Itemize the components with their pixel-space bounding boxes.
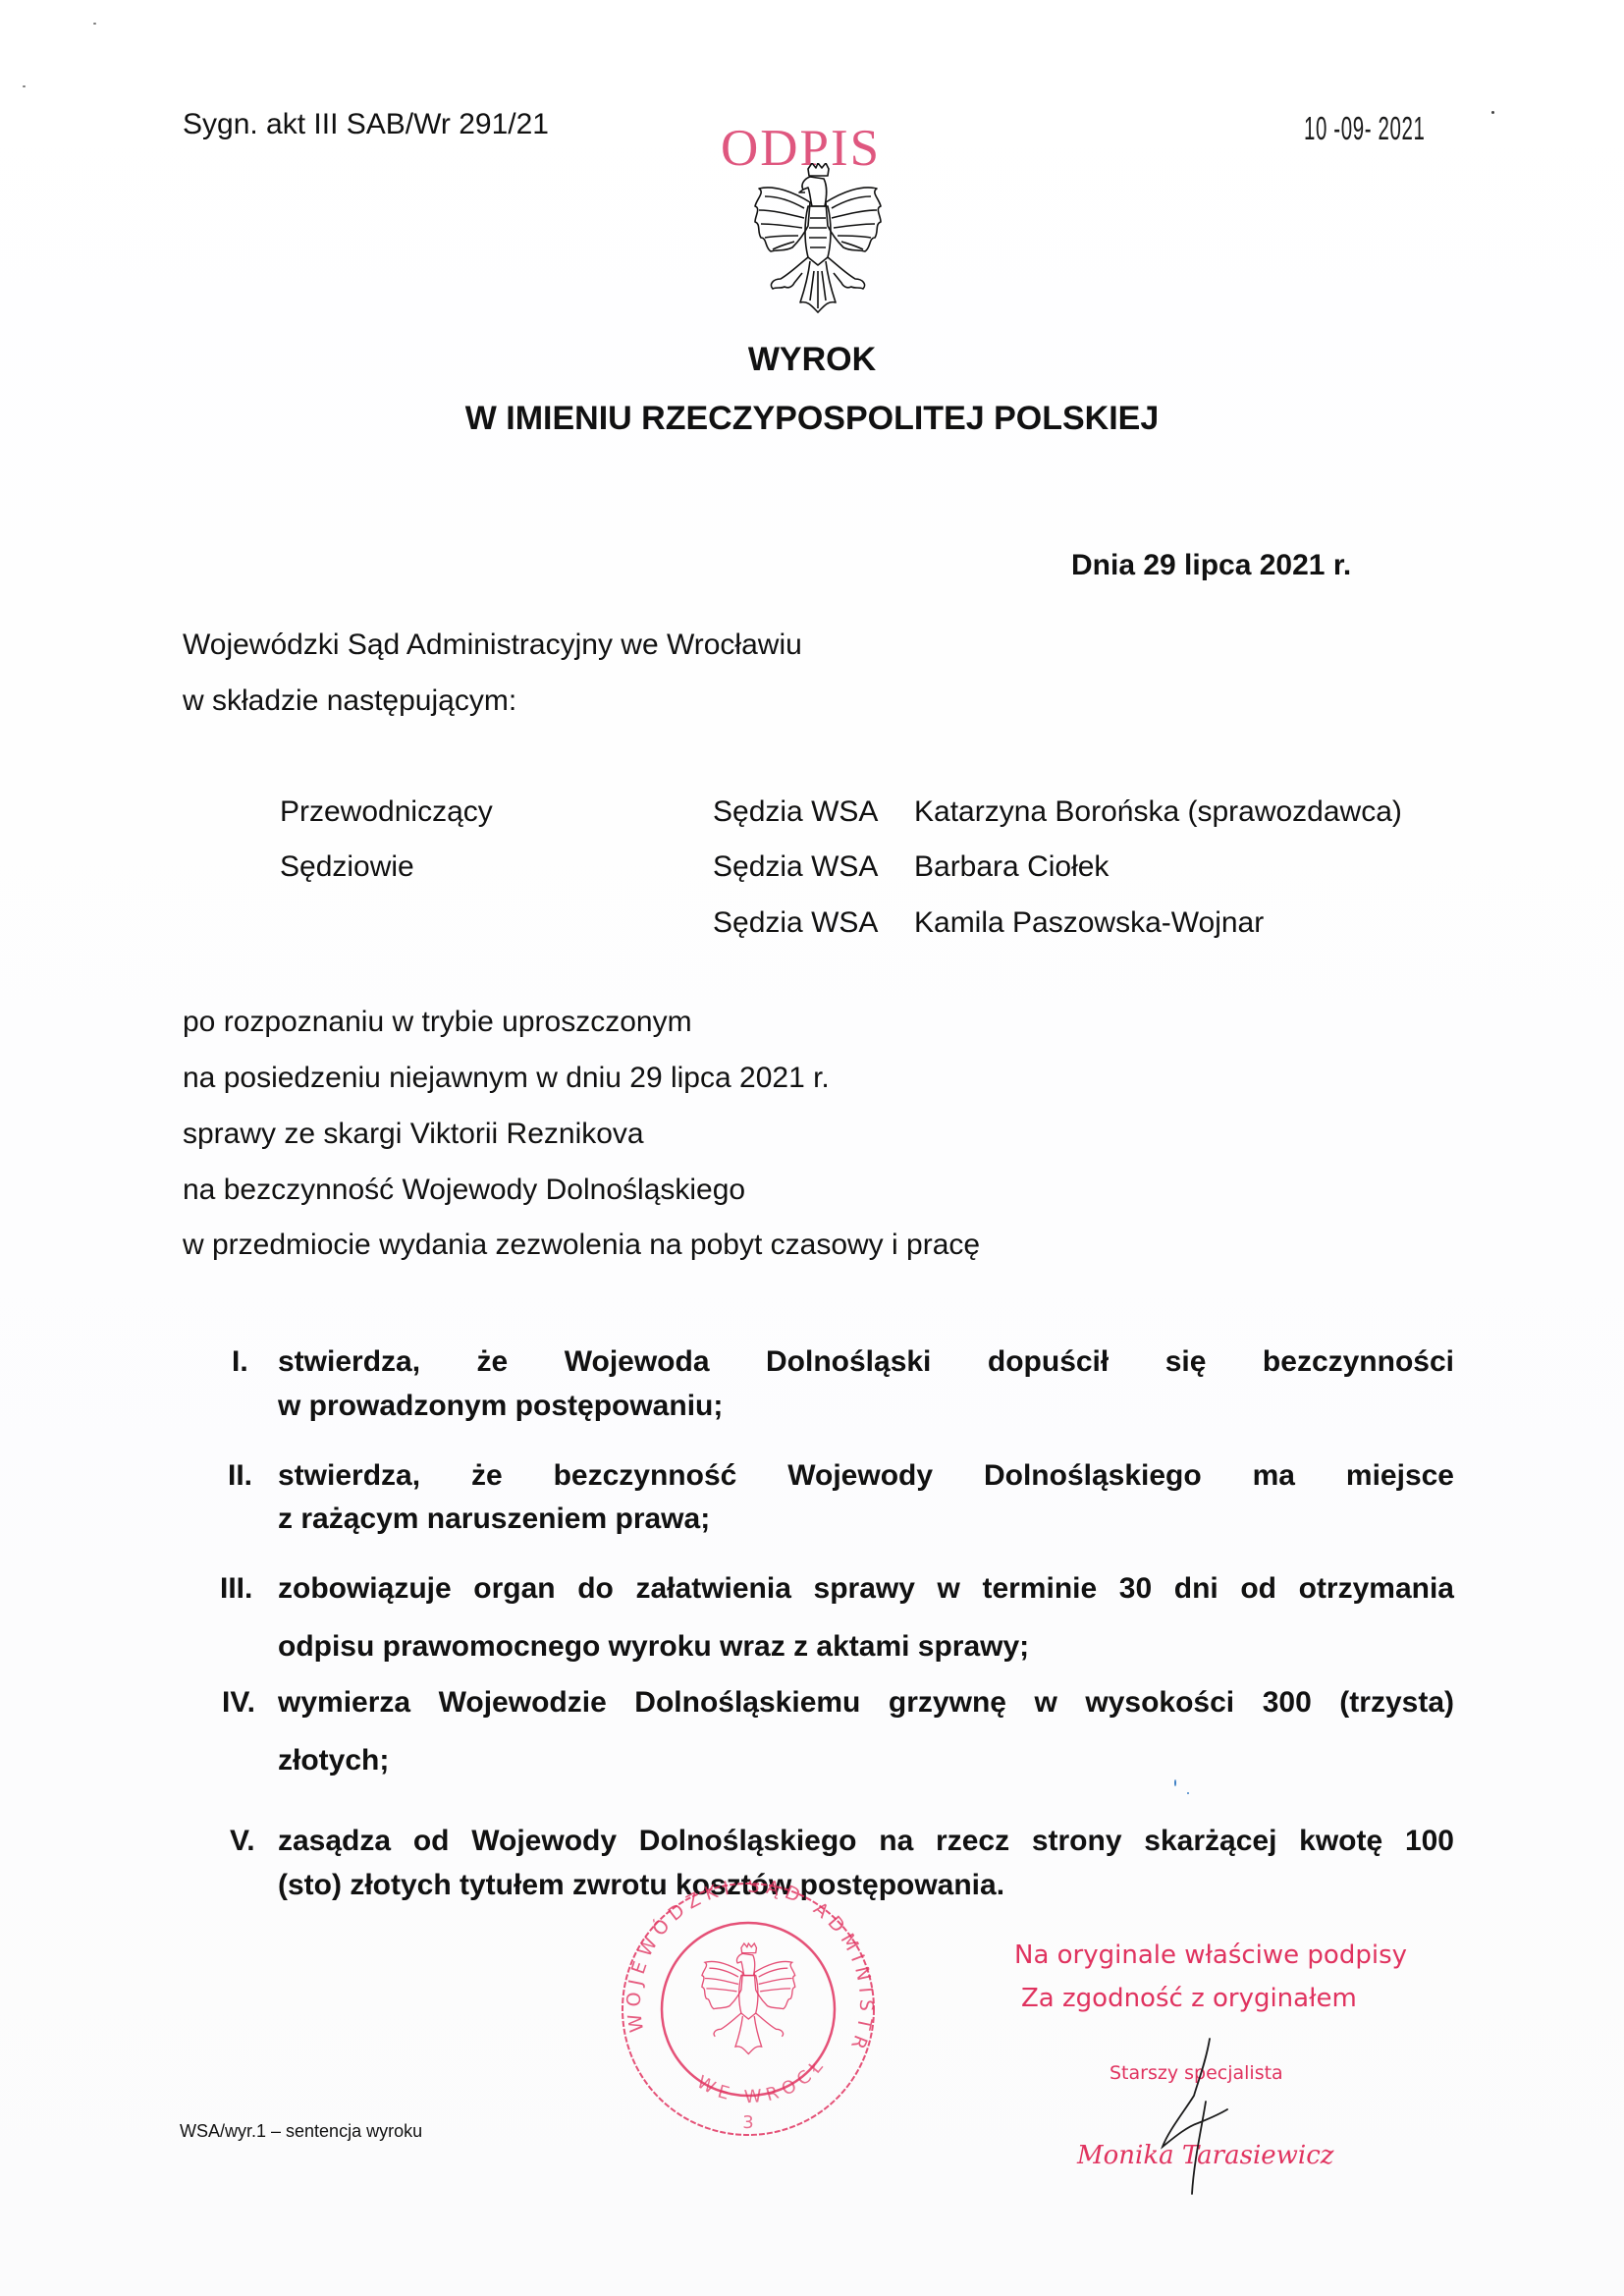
ruling-text: zobowiązuje organ do załatwienia sprawy … [278, 1572, 1454, 1606]
certification-line: Za zgodność z oryginałem [1021, 1984, 1357, 2013]
seal-number: 3 [742, 2112, 753, 2133]
case-reference: Sygn. akt III SAB/Wr 291/21 [183, 108, 549, 141]
ruling-text: wymierza Wojewodzie Dolnośląskiemu grzyw… [278, 1686, 1454, 1720]
scan-speck [93, 23, 96, 25]
judgment-date: Dnia 29 lipca 2021 r. [1071, 549, 1351, 582]
ink-speck [1174, 1779, 1176, 1786]
ruling-number: IV. [222, 1686, 255, 1720]
document-subtitle: W IMIENIU RZECZYPOSPOLITEJ POLSKIEJ [0, 400, 1624, 438]
panel-role: Przewodniczący [280, 795, 493, 829]
document-title: WYROK [0, 341, 1624, 379]
ruling-number: I. [232, 1345, 248, 1379]
proceedings-line: po rozpoznaniu w trybie uproszczonym [183, 1006, 692, 1039]
ruling-number: V. [230, 1825, 255, 1858]
certification-line: Na oryginale właściwe podpisy [1014, 1941, 1407, 1970]
proceedings-line: na bezczynność Wojewody Dolnośląskiego [183, 1174, 745, 1207]
seal-ring-text: WOJEWÓDZKI SĄD ADMINISTRACYJNY [605, 1881, 877, 2056]
document-page: Sygn. akt III SAB/Wr 291/21 10 -09- 2021… [0, 0, 1624, 2296]
judge-title: Sędzia WSA [713, 795, 878, 829]
judge-name: Barbara Ciołek [914, 850, 1109, 884]
ruling-text: w prowadzonym postępowaniu; [278, 1390, 1454, 1423]
composition-label: w składzie następującym: [183, 684, 516, 718]
scan-speck [23, 85, 26, 87]
scan-speck [1491, 111, 1494, 114]
received-date-stamp: 10 -09- 2021 [1304, 110, 1425, 147]
proceedings-line: sprawy ze skargi Viktorii Reznikova [183, 1118, 644, 1151]
court-name: Wojewódzki Sąd Administracyjny we Wrocła… [183, 629, 802, 662]
court-seal-icon: WOJEWÓDZKI SĄD ADMINISTRACYJNY WE WROCŁA… [605, 1881, 892, 2138]
ink-speck [1187, 1792, 1189, 1794]
ruling-number: III. [220, 1572, 252, 1606]
ruling-text: stwierdza, że Wojewoda Dolnośląski dopuś… [278, 1345, 1454, 1379]
ruling-text: stwierdza, że bezczynność Wojewody Dolno… [278, 1459, 1454, 1493]
proceedings-line: w przedmiocie wydania zezwolenia na poby… [183, 1229, 980, 1262]
polish-eagle-emblem-icon [751, 163, 885, 314]
form-code: WSA/wyr.1 – sentencja wyroku [180, 2121, 422, 2142]
proceedings-line: na posiedzeniu niejawnym w dniu 29 lipca… [183, 1062, 830, 1095]
ruling-text: odpisu prawomocnego wyroku wraz z aktami… [278, 1630, 1454, 1664]
ruling-number: II. [228, 1459, 252, 1493]
ruling-text: złotych; [278, 1744, 1454, 1777]
ruling-text: zasądza od Wojewody Dolnośląskiego na rz… [278, 1825, 1454, 1858]
svg-text:WOJEWÓDZKI SĄD ADMINISTRACYJNY: WOJEWÓDZKI SĄD ADMINISTRACYJNY [605, 1881, 877, 2056]
judge-name: Katarzyna Borońska (sprawozdawca) [914, 795, 1402, 829]
ruling-text: z rażącym naruszeniem prawa; [278, 1503, 1454, 1536]
handwritten-signature-icon [1129, 2033, 1267, 2200]
panel-role: Sędziowie [280, 850, 414, 884]
judge-title: Sędzia WSA [713, 850, 878, 884]
judge-title: Sędzia WSA [713, 906, 878, 940]
judge-name: Kamila Paszowska-Wojnar [914, 906, 1264, 940]
